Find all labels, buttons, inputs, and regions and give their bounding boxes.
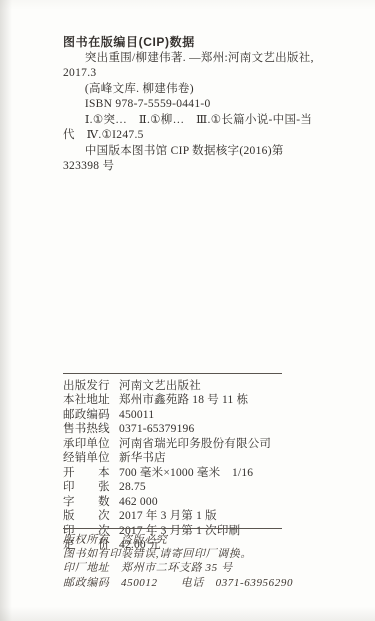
divider-top [63, 373, 282, 374]
table-row: 字 数 462 000 [63, 495, 328, 509]
pub-info-value: 2017 年 3 月第 1 版 [119, 509, 217, 523]
printer-postcode-phone: 邮政编码 450012 电话 0371-63956290 [63, 576, 323, 590]
pub-info-label: 印 张 [63, 480, 110, 494]
colophon-notes: 版权所有 盗版必究 图书如有印装错误,请寄回印厂调换。 印厂地址 郑州市二环支路… [63, 533, 323, 590]
pub-info-label: 承印单位 [63, 437, 110, 451]
pub-info-value: 河南省瑞光印务股份有限公司 [119, 437, 271, 451]
table-row: 开 本 700 毫米×1000 毫米 1/16 [63, 466, 328, 480]
publication-statement-line1: 突出重围/柳建伟著. —郑州:河南文艺出版社, [63, 51, 319, 67]
pub-info-label: 出版发行 [63, 379, 110, 393]
classification-line1: Ⅰ.①突… Ⅱ.①柳… Ⅲ.①长篇小说-中国-当 [63, 113, 319, 129]
pub-info-label: 经销单位 [63, 451, 110, 465]
table-row: 本社地址 郑州市鑫苑路 18 号 11 栋 [63, 393, 328, 407]
table-row: 售书热线 0371-65379196 [63, 422, 328, 436]
pub-info-label: 本社地址 [63, 393, 110, 407]
cip-heading: 图书在版编目(CIP)数据 [63, 35, 319, 51]
table-row: 邮政编码 450011 [63, 408, 328, 422]
pub-info-value: 河南文艺出版社 [119, 379, 201, 393]
pub-info-value: 700 毫米×1000 毫米 1/16 [119, 466, 253, 480]
table-row: 承印单位 河南省瑞光印务股份有限公司 [63, 437, 328, 451]
pub-info-value: 28.75 [119, 480, 146, 494]
copyright-notice: 版权所有 盗版必究 [63, 533, 323, 547]
pub-info-value: 462 000 [119, 495, 158, 509]
copyright-page: 图书在版编目(CIP)数据 突出重围/柳建伟著. —郑州:河南文艺出版社, 20… [0, 0, 375, 621]
classification-line2: 代 Ⅳ.①I247.5 [63, 128, 319, 144]
printer-address: 印厂地址 郑州市二环支路 35 号 [63, 561, 323, 575]
pub-info-label: 开 本 [63, 466, 110, 480]
pub-info-value: 0371-65379196 [119, 422, 194, 436]
pub-info-value: 郑州市鑫苑路 18 号 11 栋 [119, 393, 248, 407]
cip-block: 图书在版编目(CIP)数据 突出重围/柳建伟著. —郑州:河南文艺出版社, 20… [63, 35, 319, 175]
publication-info-table: 出版发行 河南文艺出版社 本社地址 郑州市鑫苑路 18 号 11 栋 邮政编码 … [63, 379, 328, 552]
pub-info-value: 新华书店 [119, 451, 166, 465]
defect-exchange-notice: 图书如有印装错误,请寄回印厂调换。 [63, 547, 323, 561]
pub-info-value: 450011 [119, 408, 154, 422]
publication-statement-line2: 2017.3 [63, 66, 319, 82]
pub-info-label: 字 数 [63, 495, 110, 509]
cip-record-number: 中国版本图书馆 CIP 数据核字(2016)第 323398 号 [63, 144, 319, 175]
pub-info-label: 售书热线 [63, 422, 110, 436]
table-row: 出版发行 河南文艺出版社 [63, 379, 328, 393]
table-row: 版 次 2017 年 3 月第 1 版 [63, 509, 328, 523]
table-row: 印 张 28.75 [63, 480, 328, 494]
table-row: 经销单位 新华书店 [63, 451, 328, 465]
divider-bottom [63, 528, 282, 529]
pub-info-label: 版 次 [63, 509, 110, 523]
isbn: ISBN 978-7-5559-0441-0 [63, 97, 319, 113]
series-title: (高峰文库. 柳建伟卷) [63, 82, 319, 98]
pub-info-label: 邮政编码 [63, 408, 110, 422]
